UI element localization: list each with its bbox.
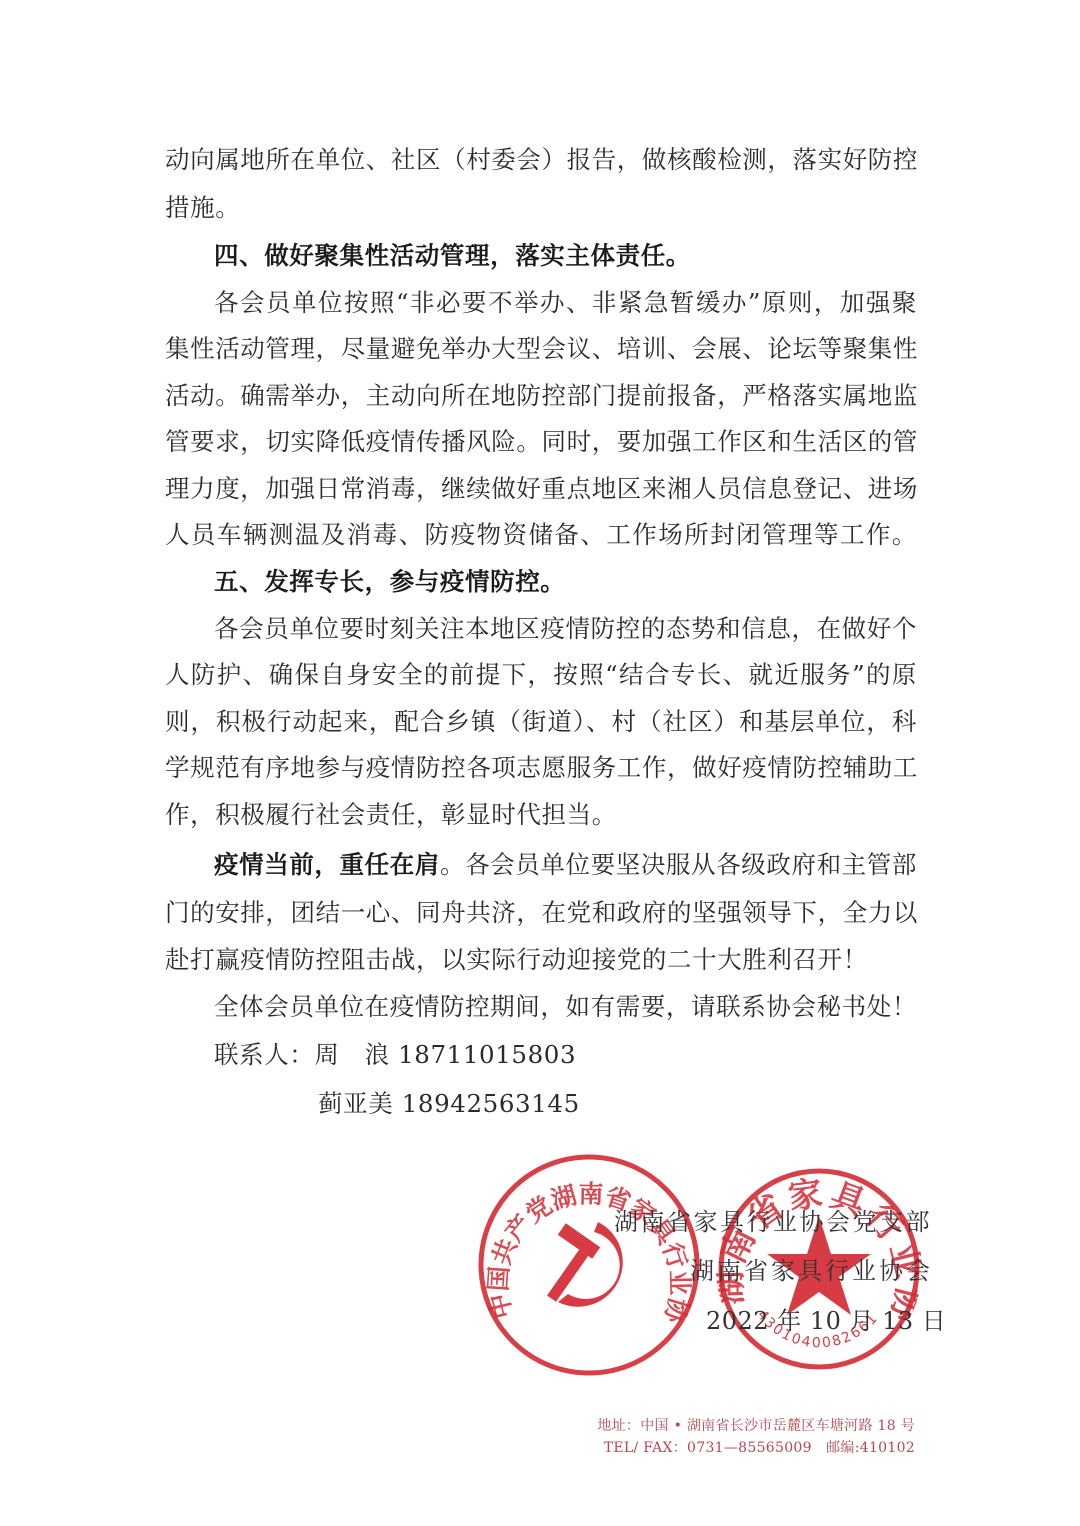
- paragraph-line: 学规范有序地参与疫情防控各项志愿服务工作，做好疫情防控辅助工: [165, 752, 917, 784]
- closing-line: 疫情当前，重任在肩。各会员单位要坚决服从各级政府和主管部: [214, 849, 917, 881]
- section-heading-4: 四、做好聚集性活动管理，落实主体责任。: [214, 240, 917, 272]
- footer-tel-fax: TEL/ FAX：0731—85565009 邮编:410102: [604, 1437, 915, 1457]
- paragraph-line: 措施。: [165, 192, 917, 224]
- closing-text: 。各会员单位要坚决服从各级政府和主管部: [440, 850, 917, 879]
- contact-line-2: 蓟亚美 18942563145: [318, 1088, 718, 1120]
- paragraph-line: 各会员单位要时刻关注本地区疫情防控的态势和信息，在做好个: [214, 613, 917, 645]
- footer-address: 地址：中国 • 湖南省长沙市岳麓区车塘河路 18 号: [597, 1415, 915, 1435]
- paragraph-line: 赴打赢疫情防控阻击战，以实际行动迎接党的二十大胜利召开！: [165, 944, 917, 976]
- document-page: 动向属地所在单位、社区（村委会）报告，做核酸检测，落实好防控 措施。 四、做好聚…: [0, 0, 1080, 1526]
- closing-bold-lead: 疫情当前，重任在肩: [214, 850, 440, 879]
- paragraph-line: 动向属地所在单位、社区（村委会）报告，做核酸检测，落实好防控: [165, 144, 917, 176]
- paragraph-line: 集性活动管理，尽量避免举办大型会议、培训、会展、论坛等聚集性: [165, 333, 917, 365]
- paragraph-line: 活动。确需举办，主动向所在地防控部门提前报备，严格落实属地监: [165, 380, 917, 412]
- signature-org-association: 湖南省家具行业协会: [690, 1256, 933, 1286]
- contact-notice: 全体会员单位在疫情防控期间，如有需要，请联系协会秘书处！: [214, 991, 917, 1023]
- contact-phone: 18711015803: [398, 1040, 576, 1069]
- hammer-sickle-icon: [547, 1222, 623, 1307]
- contact-name: 周 浪: [314, 1040, 389, 1069]
- paragraph-line: 作，积极履行社会责任，彰显时代担当。: [165, 799, 917, 831]
- paragraph-line: 则，积极行动起来，配合乡镇（街道）、村（社区）和基层单位，科: [165, 706, 917, 738]
- section-heading-5: 五、发挥专长，参与疫情防控。: [214, 566, 917, 598]
- contact-name: 蓟亚美: [318, 1089, 393, 1118]
- paragraph-line: 人防护、确保自身安全的前提下，按照“结合专长、就近服务”的原: [165, 659, 917, 691]
- signature-org-party-branch: 湖南省家具行业协会党支部: [614, 1207, 932, 1237]
- contact-line-1: 联系人：周 浪 18711015803: [214, 1039, 917, 1071]
- paragraph-line: 管要求，切实降低疫情传播风险。同时，要加强工作区和生活区的管: [165, 426, 917, 458]
- paragraph-line: 人员车辆测温及消毒、防疫物资储备、工作场所封闭管理等工作。: [165, 519, 917, 551]
- signature-date: 2022 年 10 月 13 日: [706, 1306, 946, 1336]
- party-branch-stamp: 中国共产党湖南省家具行业协会支部委员会: [476, 1152, 702, 1378]
- paragraph-line: 各会员单位按照“非必要不举办、非紧急暂缓办”原则，加强聚: [214, 287, 917, 319]
- contact-label: 联系人：: [214, 1040, 314, 1069]
- contact-phone: 18942563145: [402, 1089, 580, 1118]
- paragraph-line: 门的安排，团结一心、同舟共济，在党和政府的坚强领导下，全力以: [165, 897, 917, 929]
- paragraph-line: 理力度，加强日常消毒，继续做好重点地区来湘人员信息登记、进场: [165, 473, 917, 505]
